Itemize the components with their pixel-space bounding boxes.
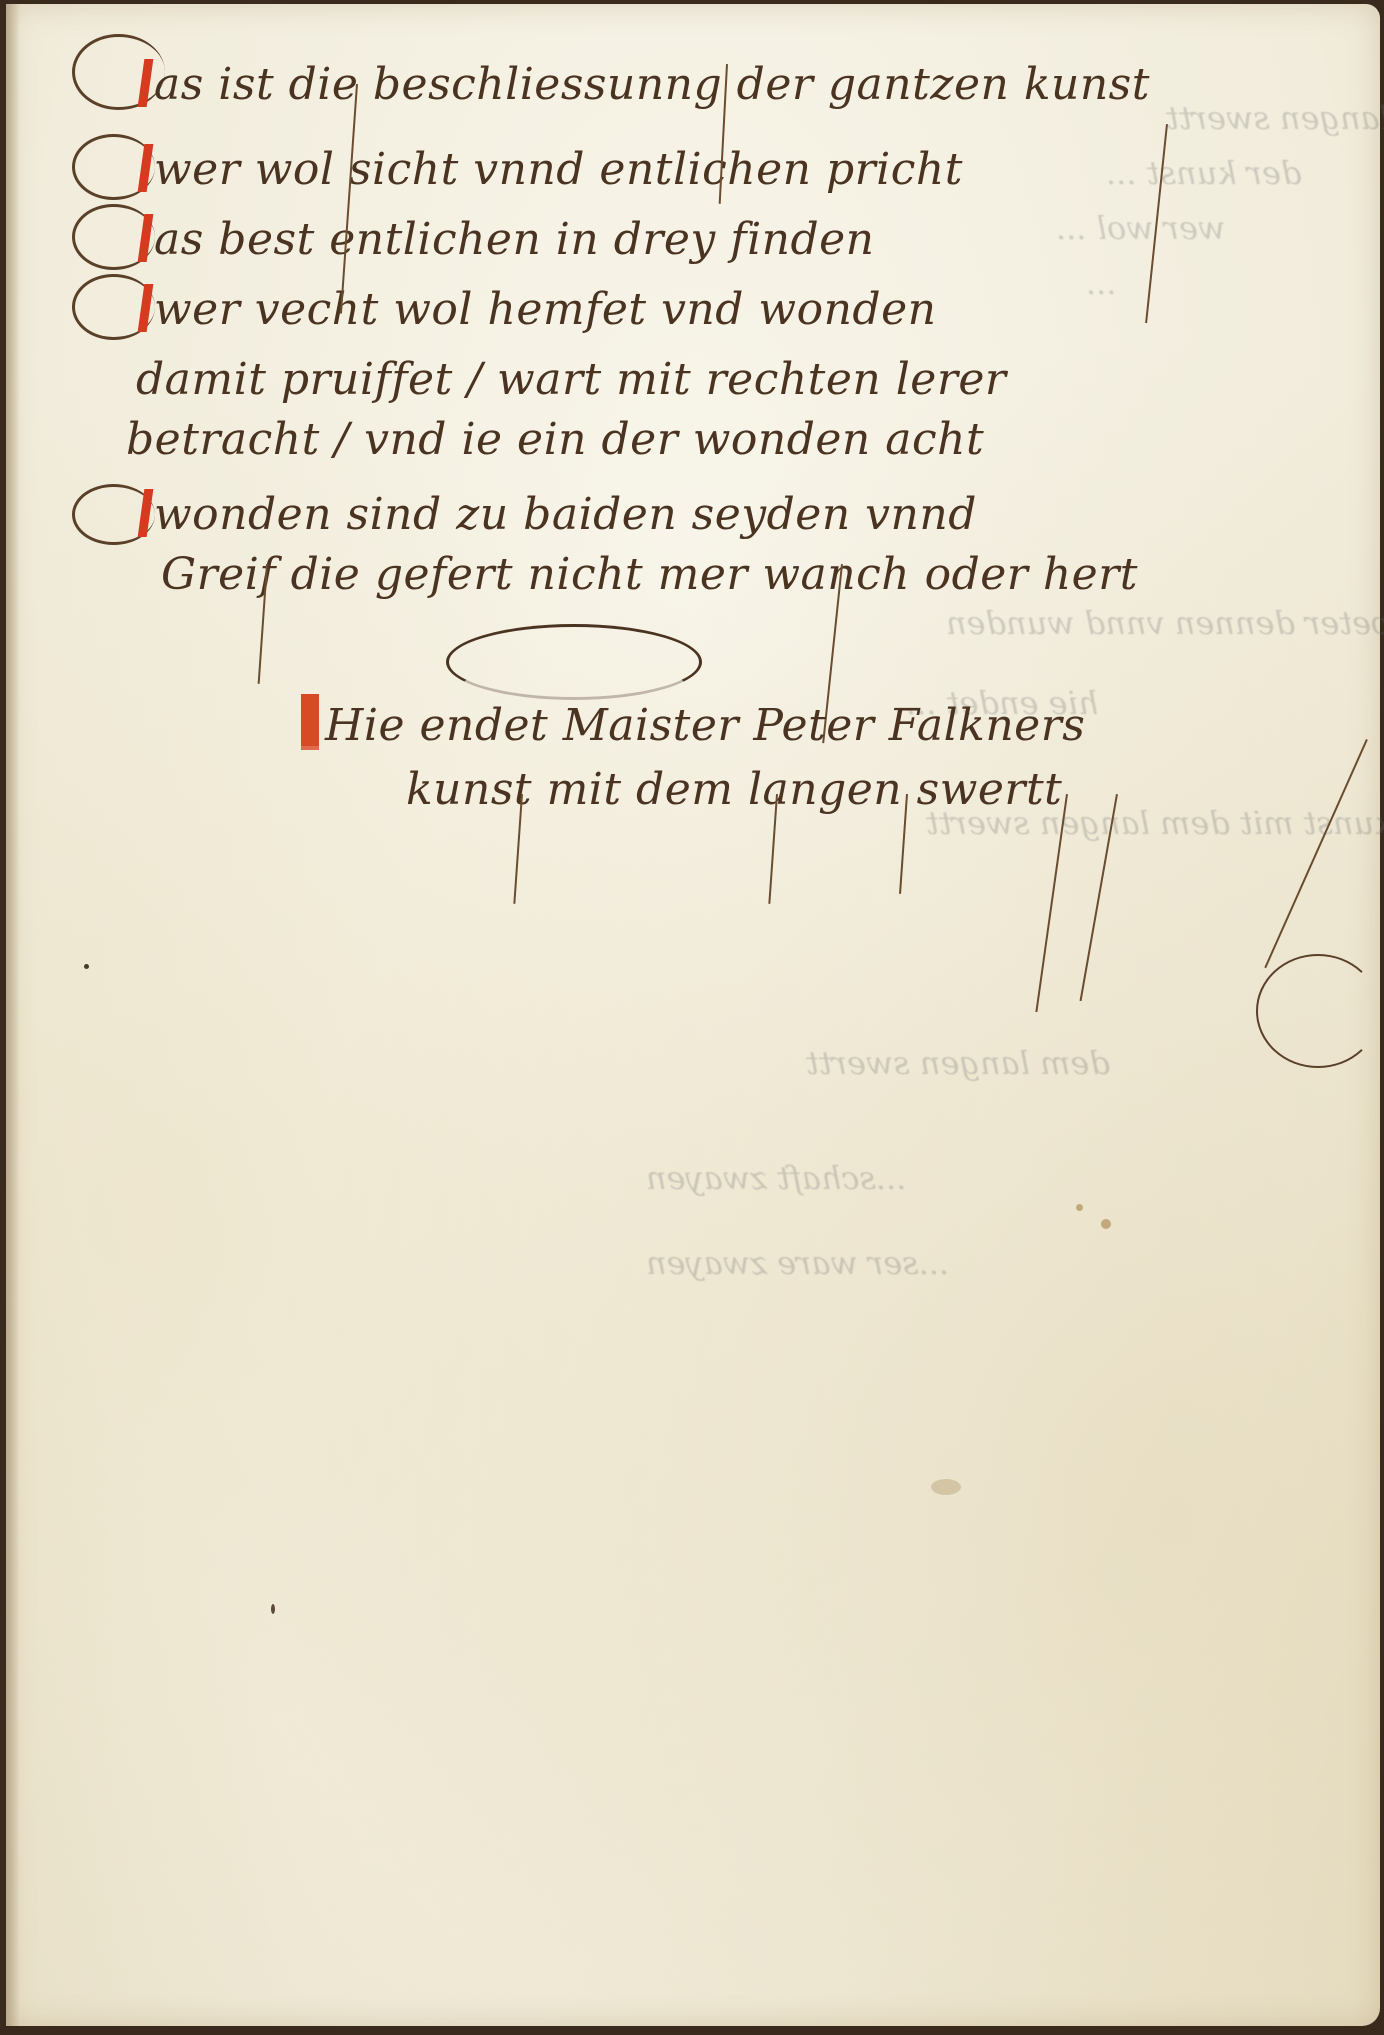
rubric-initial [301,694,319,750]
manuscript-line: wer vecht wol hemfet vnd wonden [141,284,936,335]
manuscript-line: Greif die gefert nicht mer wanch oder he… [161,549,1138,600]
bleed-through-line: dem langen swertt [806,1044,1110,1082]
stain [931,1479,961,1495]
heading-text: Hie endet Maister Peter Falkners [325,700,1085,751]
bleed-through-line: das langen swertt [1166,99,1384,137]
line-text: damit pruiffet / wart mit rechten lerer [136,354,1006,405]
margin-flourish [1256,954,1380,1068]
bleed-through-line: ...schaft zwayen [646,1159,906,1197]
line-text: as best entlichen in drey finden [154,214,875,265]
line-text: wonden sind zu baiden seyden vnnd [154,489,977,540]
stain [1101,1219,1111,1229]
heading-flourish [446,624,702,700]
manuscript-line: betracht / vnd ie ein der wonden acht [126,414,984,465]
binding-gutter [6,4,20,2026]
bleed-through-line: ... [1086,264,1117,302]
margin-stroke [1264,739,1368,968]
manuscript-line: wonden sind zu baiden seyden vnnd [141,489,977,540]
line-text: wer vecht wol hemfet vnd wonden [154,284,936,335]
manuscript-line: damit pruiffet / wart mit rechten lerer [136,354,1006,405]
colophon-heading: Hie endet Maister Peter Falkners [301,694,1085,751]
manuscript-page: das langen swertt der kunst ... wer wol … [6,4,1380,2026]
bleed-through-line: wer wol ... [1056,209,1225,247]
bleed-through-line: ...ser ware zwayen [646,1244,949,1282]
bleed-through-line: der kunst ... [1106,154,1301,192]
manuscript-line: wer wol sicht vnnd entlichen pricht [141,144,963,195]
line-text: as ist die beschliessunng der gantzen ku… [154,59,1150,110]
line-text: Greif die gefert nicht mer wanch oder he… [161,549,1138,600]
manuscript-line: as best entlichen in drey finden [141,214,875,265]
stain [271,1604,275,1614]
heading-text: kunst mit dem langen swertt [406,764,1062,815]
stain [1076,1204,1083,1211]
line-text: wer wol sicht vnnd entlichen pricht [154,144,963,195]
stain [84,964,89,969]
manuscript-line: as ist die beschliessunng der gantzen ku… [141,59,1150,110]
descender-stroke [340,84,358,314]
line-text: betracht / vnd ie ein der wonden acht [126,414,984,465]
bleed-through-line: peter dennen vnnd wunden [946,604,1384,642]
colophon-heading: kunst mit dem langen swertt [406,764,1062,815]
